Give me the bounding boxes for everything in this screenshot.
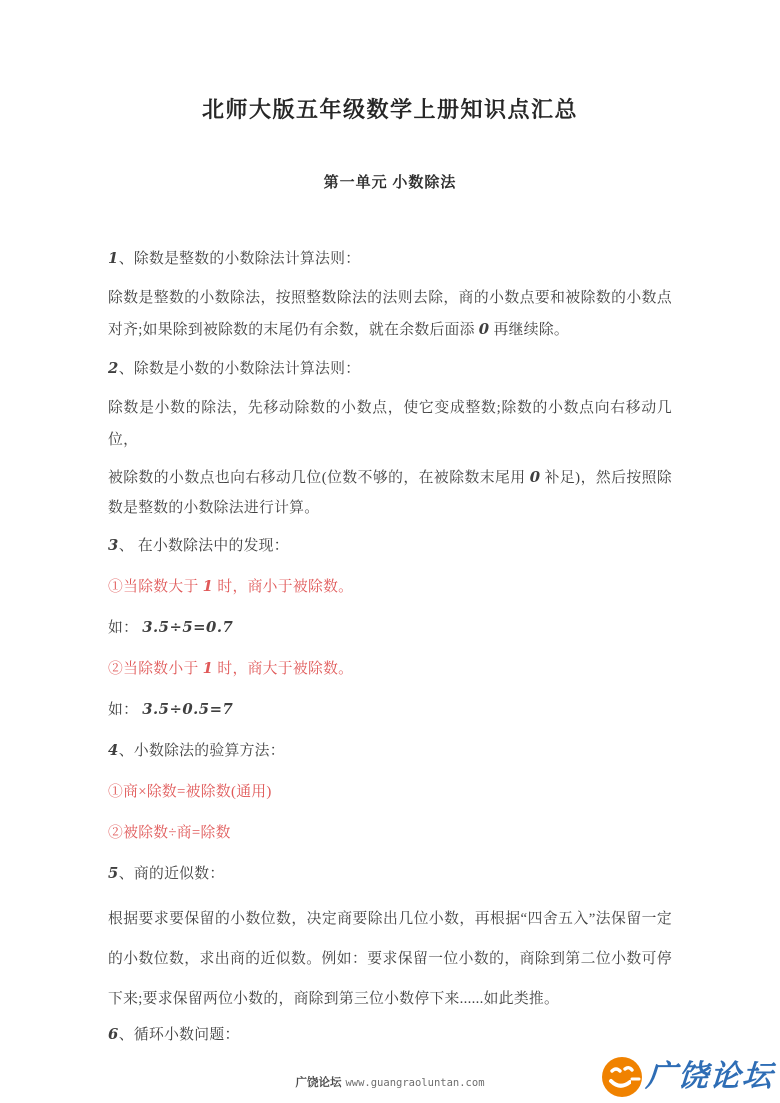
paragraph-example: 如： 3.5÷0.5=7: [108, 694, 672, 726]
paragraph-example: 如： 3.5÷5=0.7: [108, 612, 672, 644]
text-segment: 、 在小数除法中的发现：: [119, 538, 289, 554]
text-segment: 、循环小数问题：: [119, 1027, 240, 1043]
text-segment: ②被除数÷商=除数: [108, 825, 231, 841]
paragraph-heading-2: 2、除数是小数的小数除法计算法则：: [108, 353, 672, 385]
text-segment: 3.5÷0.5=7: [142, 701, 233, 718]
text-segment: 被除数的小数点也向右移动几位(位数不够的，在被除数末尾用: [108, 470, 530, 486]
text-segment: 2: [108, 360, 119, 377]
section-title: 第一单元 小数除法: [0, 172, 780, 194]
text-segment: 、商的近似数：: [119, 866, 225, 882]
text-segment: 如：: [108, 620, 142, 636]
text-segment: 1: [108, 250, 119, 267]
footer-site-url: www.guangraoluntan.com: [345, 1077, 484, 1089]
text-segment: 1: [203, 660, 214, 677]
text-segment: 根据要求要保留的小数位数，决定商要除出几位小数，再根据“四舍五入”法保留一定的小…: [108, 911, 672, 1007]
paragraph-rule-red: ②被除数÷商=除数: [108, 817, 672, 849]
paragraph-heading-4: 4、小数除法的验算方法：: [108, 735, 672, 767]
paragraph-rule-red: ①商×除数=被除数(通用): [108, 776, 672, 808]
paragraph-rule-red: ①当除数大于 1 时，商小于被除数。: [108, 571, 672, 603]
text-segment: 4: [108, 742, 119, 759]
text-segment: 时，商小于被除数。: [213, 579, 353, 595]
text-segment: 、小数除法的验算方法：: [119, 743, 285, 759]
paragraph-heading-6: 6、循环小数问题：: [108, 1019, 672, 1051]
page-title: 北师大版五年级数学上册知识点汇总: [0, 95, 780, 125]
text-segment: 如：: [108, 702, 142, 718]
paragraph-heading-3: 3、 在小数除法中的发现：: [108, 530, 672, 562]
paragraph-body: 除数是整数的小数除法，按照整数除法的法则去除，商的小数点要和被除数的小数点对齐;…: [108, 282, 672, 346]
text-segment: 5: [108, 865, 119, 882]
text-segment: 除数是小数的除法，先移动除数的小数点，使它变成整数;除数的小数点向右移动几位，: [108, 400, 672, 448]
text-segment: 、除数是小数的小数除法计算法则：: [119, 361, 361, 377]
paragraph-rule-red: ②当除数小于 1 时，商大于被除数。: [108, 653, 672, 685]
text-segment: 、除数是整数的小数除法计算法则：: [119, 251, 361, 267]
text-segment: 0: [530, 469, 541, 486]
text-segment: 3.5÷5=0.7: [142, 619, 233, 636]
text-segment: 0: [479, 321, 490, 338]
site-logo: 广饶论坛: [601, 1056, 774, 1098]
text-segment: 时，商大于被除数。: [213, 661, 353, 677]
text-segment: 再继续除。: [490, 322, 569, 338]
smiley-g-icon: [601, 1056, 643, 1098]
text-segment: 除数是整数的小数除法，按照整数除法的法则去除，商的小数点要和被除数的小数点对齐;…: [108, 290, 672, 338]
logo-text: 广饶论坛: [645, 1056, 776, 1098]
document-body: 1、除数是整数的小数除法计算法则： 除数是整数的小数除法，按照整数除法的法则去除…: [108, 243, 672, 1051]
footer-site-name: 广饶论坛: [295, 1077, 341, 1089]
paragraph-heading-1: 1、除数是整数的小数除法计算法则：: [108, 243, 672, 275]
paragraph-body: 被除数的小数点也向右移动几位(位数不够的，在被除数末尾用 0 补足)，然后按照除…: [108, 463, 672, 523]
text-segment: ①当除数大于: [108, 579, 203, 595]
text-segment: ②当除数小于: [108, 661, 203, 677]
paragraph-body: 根据要求要保留的小数位数，决定商要除出几位小数，再根据“四舍五入”法保留一定的小…: [108, 899, 672, 1019]
text-segment: 3: [108, 537, 119, 554]
document-page: 北师大版五年级数学上册知识点汇总 第一单元 小数除法 1、除数是整数的小数除法计…: [0, 0, 780, 1103]
text-segment: ①商×除数=被除数(通用): [108, 784, 272, 800]
paragraph-body: 除数是小数的除法，先移动除数的小数点，使它变成整数;除数的小数点向右移动几位，: [108, 392, 672, 456]
paragraph-heading-5: 5、商的近似数：: [108, 858, 672, 890]
text-segment: 1: [203, 578, 214, 595]
text-segment: 6: [108, 1026, 119, 1043]
